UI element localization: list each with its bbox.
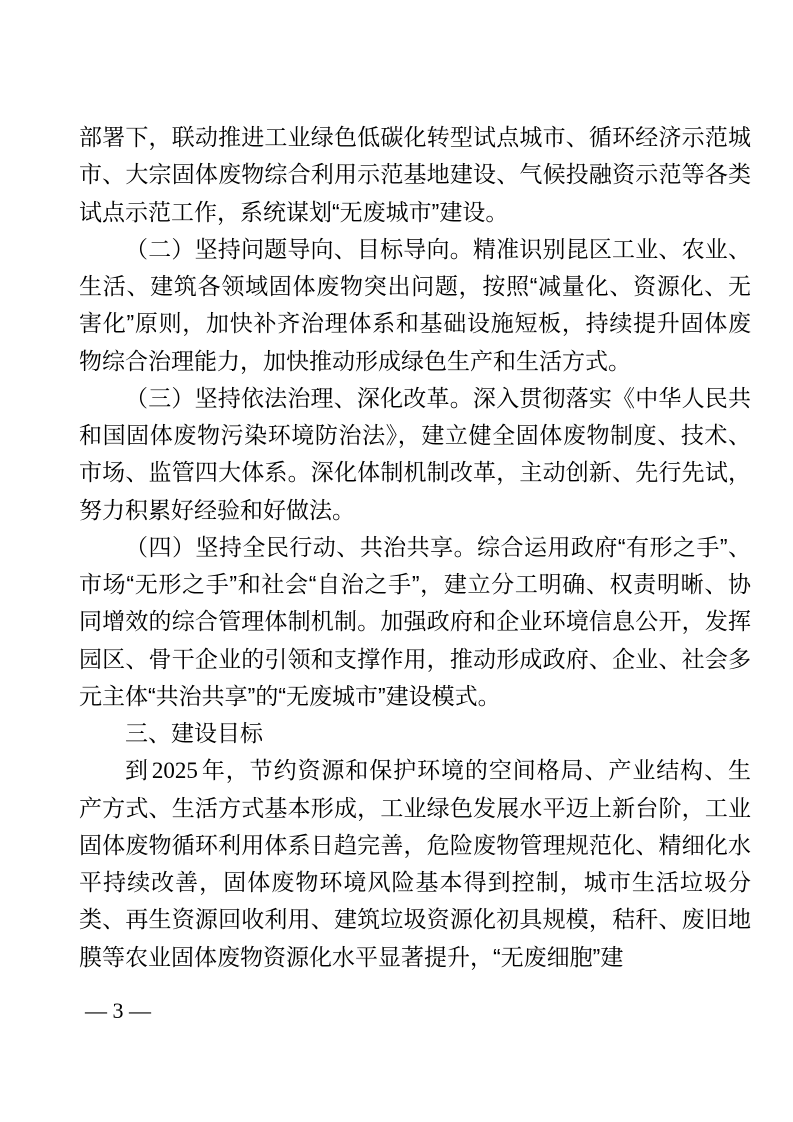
page-number: — 3 —: [85, 998, 151, 1024]
section-heading: 三、建设目标: [79, 715, 751, 752]
paragraph-item-3: （三）坚持依法治理、深化改革。深入贯彻落实《中华人民共和国固体废物污染环境防治法…: [79, 380, 751, 529]
paragraph-item-4: （四）坚持全民行动、共治共享。综合运用政府“有形之手”、市场“无形之手”和社会“…: [79, 529, 751, 715]
paragraph-goals: 到2025年，节约资源和保护环境的空间格局、产业结构、生产方式、生活方式基本形成…: [79, 752, 751, 976]
paragraph-continuation: 部署下，联动推进工业绿色低碳化转型试点城市、循环经济示范城市、大宗固体废物综合利…: [79, 119, 751, 231]
document-body: 部署下，联动推进工业绿色低碳化转型试点城市、循环经济示范城市、大宗固体废物综合利…: [79, 119, 751, 976]
goal-text-suffix: 年，节约资源和保护环境的空间格局、产业结构、生产方式、生活方式基本形成，工业绿色…: [79, 757, 751, 969]
goal-year: 2025: [149, 758, 201, 783]
paragraph-item-2: （二）坚持问题导向、目标导向。精准识别昆区工业、农业、生活、建筑各领域固体废物突…: [79, 231, 751, 380]
goal-text-prefix: 到: [125, 757, 149, 783]
document-page: 部署下，联动推进工业绿色低碳化转型试点城市、循环经济示范城市、大宗固体废物综合利…: [0, 0, 793, 1122]
